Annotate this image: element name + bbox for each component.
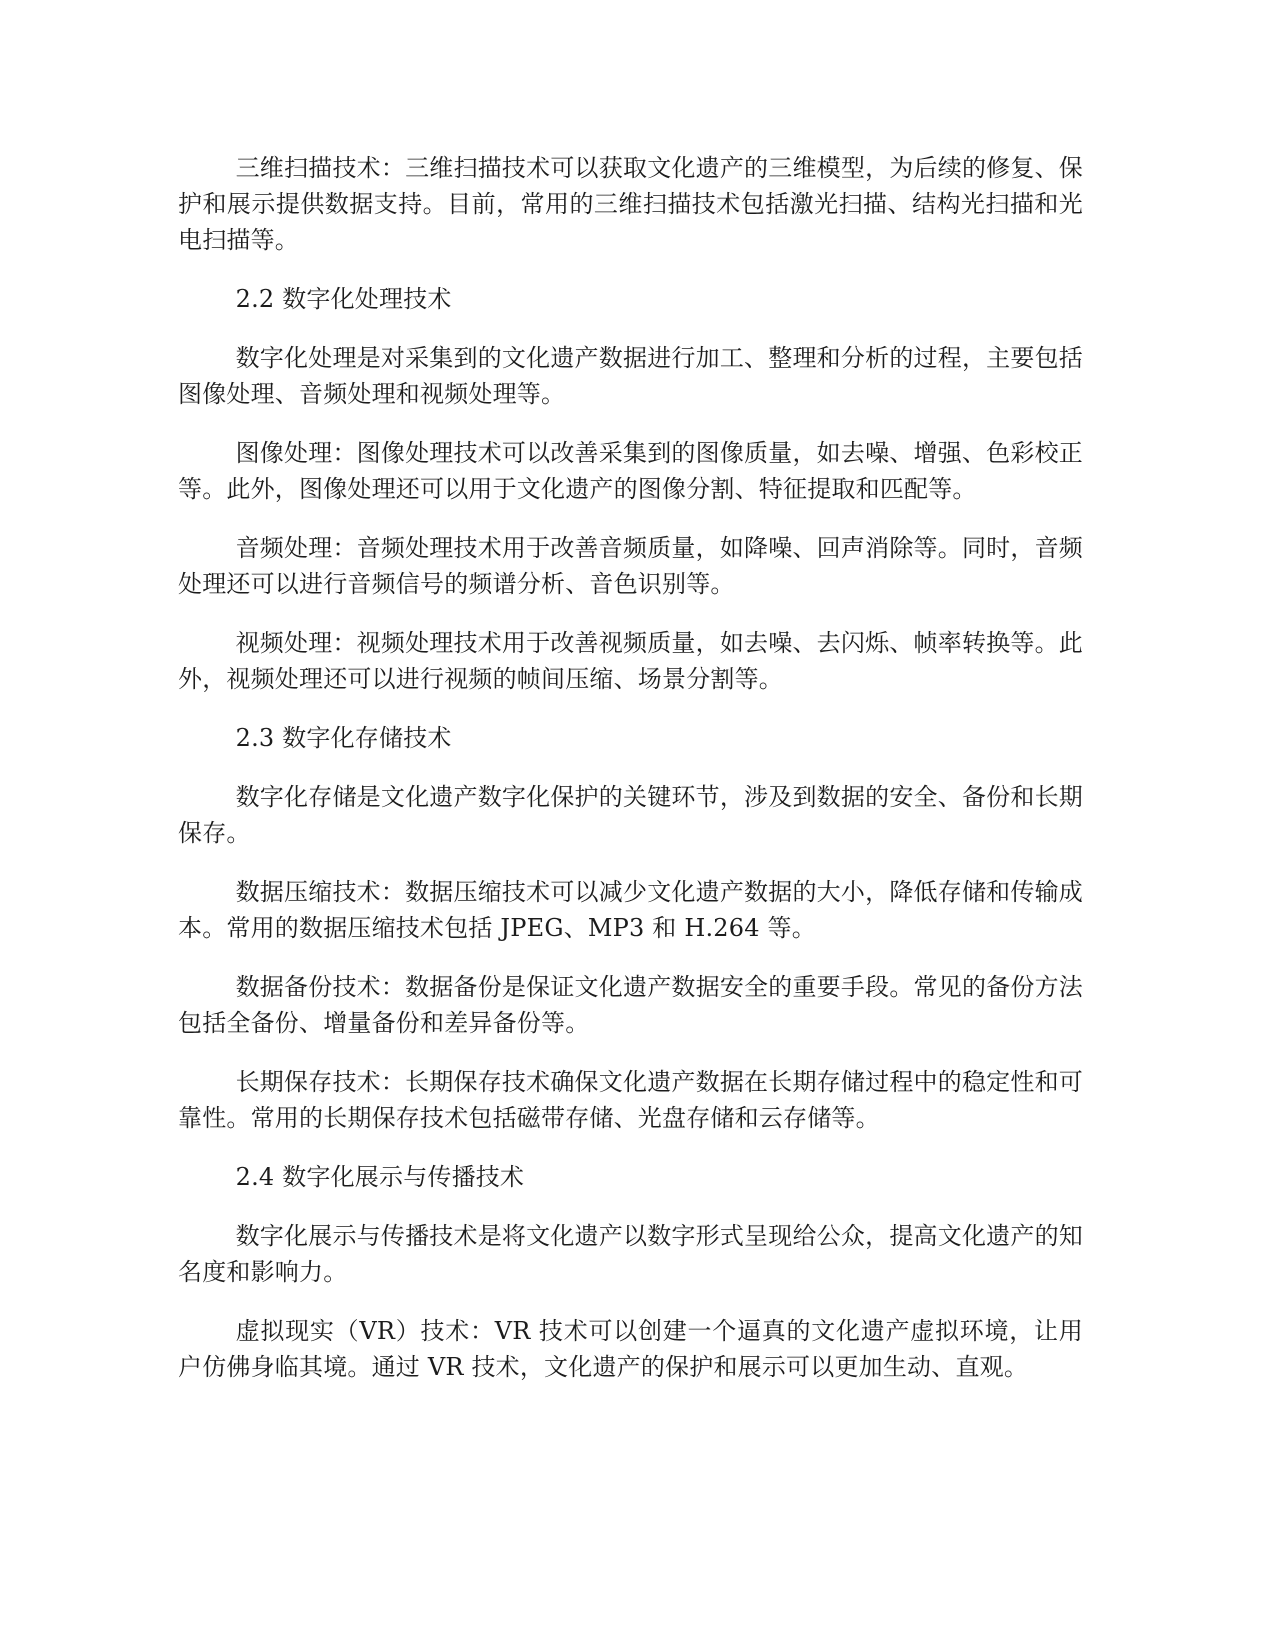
- paragraph-digital-processing-intro: 数字化处理是对采集到的文化遗产数据进行加工、整理和分析的过程，主要包括图像处理、…: [178, 340, 1083, 412]
- document-page: 三维扫描技术：三维扫描技术可以获取文化遗产的三维模型，为后续的修复、保护和展示提…: [0, 0, 1275, 1650]
- paragraph-data-compression: 数据压缩技术：数据压缩技术可以减少文化遗产数据的大小，降低存储和传输成本。常用的…: [178, 874, 1083, 946]
- paragraph-data-backup: 数据备份技术：数据备份是保证文化遗产数据安全的重要手段。常见的备份方法包括全备份…: [178, 969, 1083, 1041]
- section-heading-2-2-digital-processing: 2.2 数字化处理技术: [178, 281, 1083, 317]
- paragraph-3d-scanning: 三维扫描技术：三维扫描技术可以获取文化遗产的三维模型，为后续的修复、保护和展示提…: [178, 150, 1083, 258]
- document-body: 三维扫描技术：三维扫描技术可以获取文化遗产的三维模型，为后续的修复、保护和展示提…: [178, 150, 1083, 1385]
- section-heading-2-4-digital-display: 2.4 数字化展示与传播技术: [178, 1159, 1083, 1195]
- paragraph-digital-storage-intro: 数字化存储是文化遗产数字化保护的关键环节，涉及到数据的安全、备份和长期保存。: [178, 779, 1083, 851]
- paragraph-image-processing: 图像处理：图像处理技术可以改善采集到的图像质量，如去噪、增强、色彩校正等。此外，…: [178, 435, 1083, 507]
- paragraph-digital-display-intro: 数字化展示与传播技术是将文化遗产以数字形式呈现给公众，提高文化遗产的知名度和影响…: [178, 1218, 1083, 1290]
- paragraph-long-term-preservation: 长期保存技术：长期保存技术确保文化遗产数据在长期存储过程中的稳定性和可靠性。常用…: [178, 1064, 1083, 1136]
- paragraph-vr-technology: 虚拟现实（VR）技术：VR 技术可以创建一个逼真的文化遗产虚拟环境，让用户仿佛身…: [178, 1313, 1083, 1385]
- section-heading-2-3-digital-storage: 2.3 数字化存储技术: [178, 720, 1083, 756]
- paragraph-audio-processing: 音频处理：音频处理技术用于改善音频质量，如降噪、回声消除等。同时，音频处理还可以…: [178, 530, 1083, 602]
- paragraph-video-processing: 视频处理：视频处理技术用于改善视频质量，如去噪、去闪烁、帧率转换等。此外，视频处…: [178, 625, 1083, 697]
